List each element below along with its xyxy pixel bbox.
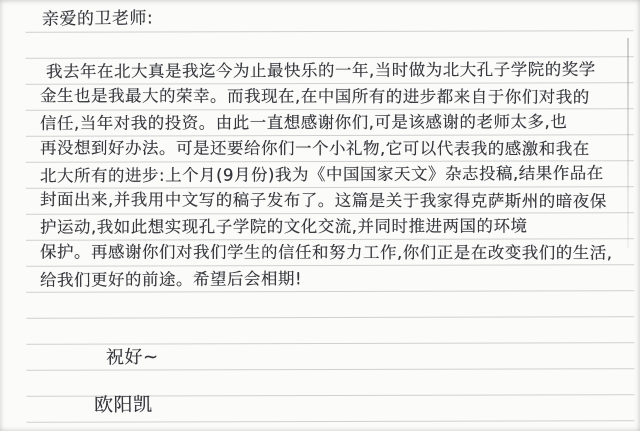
letter-greeting: 亲爱的卫老师: [42,6,153,31]
letter-signature: 欧阳凯 [94,392,153,419]
handwritten-line: 保护。再感谢你们对我们学生的信任和努力工作,你们正是在改变我们的生活, [40,239,632,266]
handwritten-line: 护运动,我如此想实现孔子学院的文化交流,并同时推进两国的环境 [40,213,632,241]
handwritten-line: 封面出来,并我用中文写的稿子发布了。这篇是关于我家得克萨斯州的暗夜保 [40,187,632,215]
letter-body: 我去年在北大真是我迄今为止最快乐的一年,当时做为北大孔子学院的奖学 金生也是我最… [40,58,632,292]
handwritten-line: 金生也是我最大的荣幸。而我现在,在中国所有的进步都来自于你们对我的 [40,83,632,111]
handwritten-line: 我去年在北大真是我迄今为止最快乐的一年,当时做为北大孔子学院的奖学 [40,57,632,86]
letter-closing: 祝好~ [106,345,159,372]
letter-page: 亲爱的卫老师: 我去年在北大真是我迄今为止最快乐的一年,当时做为北大孔子学院的奖… [0,0,640,431]
handwritten-line: 北大所有的进步:上个月(9月份)我为《中国国家天文》杂志投稿,结果作品在 [40,160,632,189]
handwritten-line: 给我们更好的前途。希望后会相期! [40,264,632,294]
handwritten-line: 再没想到好办法。可是还要给你们一个小礼物,它可以代表我的感激和我在 [40,135,632,162]
handwritten-line: 信任,当年对我的投资。由此一直想感谢你们,可是该感谢的老师太多,也 [40,109,632,137]
